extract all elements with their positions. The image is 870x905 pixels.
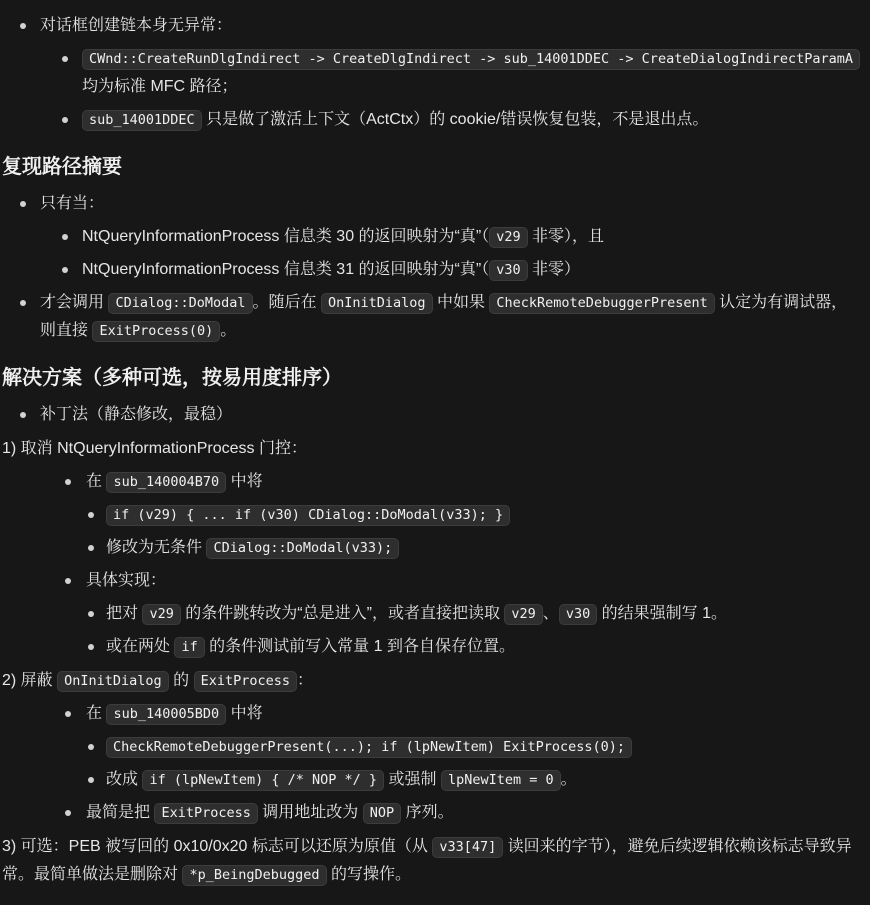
text-run: 对话框创建链本身无异常： xyxy=(40,17,232,34)
inline-code: sub_14001DDEC xyxy=(82,110,202,131)
bullet-icon xyxy=(65,810,71,816)
inline-code: ExitProcess xyxy=(154,803,257,824)
numbered-paragraph: 3) 可选：PEB 被写回的 0x10/0x20 标志可以还原为原值（从 v33… xyxy=(2,833,862,889)
list-item: 把对 v29 的条件跳转改为“总是进入”，或者直接把读取 v29、v30 的结果… xyxy=(2,600,862,628)
list-item: 对话框创建链本身无异常： xyxy=(2,12,862,40)
inline-code: if (lpNewItem) { /* NOP */ } xyxy=(142,770,384,791)
inline-code: if (v29) { ... if (v30) CDialog::DoModal… xyxy=(106,505,510,526)
bullet-icon xyxy=(65,578,71,584)
text-run: 3) 可选：PEB 被写回的 0x10/0x20 标志可以还原为原值（从 xyxy=(2,838,432,855)
text-run: 解决方案（多种可选，按易用度排序） xyxy=(2,367,342,389)
bullet-icon xyxy=(20,300,26,306)
text-run: 的结果强制写 1。 xyxy=(597,605,727,622)
text-run: 改成 xyxy=(106,771,142,788)
numbered-paragraph: 2) 屏蔽 OnInitDialog 的 ExitProcess： xyxy=(2,667,862,695)
text-run: 只是做了激活上下文（ActCtx）的 cookie/错误恢复包装，不是退出点。 xyxy=(202,111,709,128)
list-item: 补丁法（静态修改，最稳） xyxy=(2,401,862,429)
inline-code: sub_140004B70 xyxy=(106,472,226,493)
bullet-icon xyxy=(20,23,26,29)
bullet-icon xyxy=(88,744,94,750)
inline-code: OnInitDialog xyxy=(321,293,433,314)
text-run: 中如果 xyxy=(433,294,490,311)
inline-code: ExitProcess(0) xyxy=(92,321,220,342)
numbered-paragraph: 1) 取消 NtQueryInformationProcess 门控： xyxy=(2,435,862,463)
text-run: 。 xyxy=(561,771,577,788)
inline-code: OnInitDialog xyxy=(57,671,169,692)
list-item: CheckRemoteDebuggerPresent(...); if (lpN… xyxy=(2,733,862,761)
text-run: NtQueryInformationProcess 信息类 30 的返回映射为“… xyxy=(82,228,489,245)
text-run: 。 xyxy=(220,322,236,339)
text-run: 最简是把 xyxy=(86,804,154,821)
text-run: 均为标准 MFC 路径； xyxy=(82,78,238,95)
text-run: 只有当： xyxy=(40,195,104,212)
text-run: 1) 取消 NtQueryInformationProcess 门控： xyxy=(2,440,307,457)
inline-code: v33[47] xyxy=(432,837,503,858)
list-item: 或在两处 if 的条件测试前写入常量 1 到各自保存位置。 xyxy=(2,633,862,661)
text-run: 2) 屏蔽 xyxy=(2,672,57,689)
inline-code: v29 xyxy=(142,604,180,625)
text-run: 中将 xyxy=(226,473,262,490)
inline-code: if xyxy=(174,637,204,658)
inline-code: NOP xyxy=(363,803,401,824)
section-heading: 复现路径摘要 xyxy=(2,152,862,182)
inline-code: CheckRemoteDebuggerPresent(...); if (lpN… xyxy=(106,737,632,758)
text-run: 的条件测试前写入常量 1 到各自保存位置。 xyxy=(205,638,515,655)
list-item: 最简是把 ExitProcess 调用地址改为 NOP 序列。 xyxy=(2,799,862,827)
text-run: 的条件跳转改为“总是进入”，或者直接把读取 xyxy=(181,605,505,622)
bullet-icon xyxy=(88,644,94,650)
inline-code: CDialog::DoModal(v33); xyxy=(206,538,399,559)
text-run: 在 xyxy=(86,705,106,722)
list-item: 在 sub_140004B70 中将 xyxy=(2,468,862,496)
list-item: 改成 if (lpNewItem) { /* NOP */ } 或强制 lpNe… xyxy=(2,766,862,794)
inline-code: sub_140005BD0 xyxy=(106,704,226,725)
text-run: 。随后在 xyxy=(253,294,321,311)
text-run: 调用地址改为 xyxy=(258,804,363,821)
bullet-icon xyxy=(20,412,26,418)
text-run: 序列。 xyxy=(401,804,453,821)
inline-code: CDialog::DoModal xyxy=(108,293,252,314)
bullet-icon xyxy=(88,611,94,617)
list-item: 才会调用 CDialog::DoModal。随后在 OnInitDialog 中… xyxy=(2,289,862,345)
bullet-icon xyxy=(88,545,94,551)
inline-code: CheckRemoteDebuggerPresent xyxy=(489,293,714,314)
text-run: 具体实现： xyxy=(86,572,166,589)
bullet-icon xyxy=(88,512,94,518)
list-item: 只有当： xyxy=(2,190,862,218)
text-run: 或在两处 xyxy=(106,638,174,655)
inline-code: ExitProcess xyxy=(194,671,297,692)
list-item: 具体实现： xyxy=(2,567,862,595)
bullet-icon xyxy=(62,234,68,240)
message-content: 对话框创建链本身无异常：CWnd::CreateRunDlgIndirect -… xyxy=(0,0,870,905)
text-run: 或强制 xyxy=(384,771,441,788)
list-item: CWnd::CreateRunDlgIndirect -> CreateDlgI… xyxy=(2,45,862,101)
text-run: 、 xyxy=(543,605,559,622)
bullet-icon xyxy=(65,479,71,485)
bullet-icon xyxy=(62,117,68,123)
inline-code: v29 xyxy=(489,227,527,248)
text-run: ： xyxy=(297,672,313,689)
inline-code: lpNewItem = 0 xyxy=(441,770,561,791)
inline-code: v30 xyxy=(559,604,597,625)
text-run: 在 xyxy=(86,473,106,490)
list-item: sub_14001DDEC 只是做了激活上下文（ActCtx）的 cookie/… xyxy=(2,106,862,134)
list-item: NtQueryInformationProcess 信息类 30 的返回映射为“… xyxy=(2,223,862,251)
text-run: 才会调用 xyxy=(40,294,108,311)
text-run: 非零），且 xyxy=(528,228,604,245)
text-run: 补丁法（静态修改，最稳） xyxy=(40,406,232,423)
text-run: 把对 xyxy=(106,605,142,622)
bullet-icon xyxy=(88,777,94,783)
bullet-icon xyxy=(20,201,26,207)
section-heading: 解决方案（多种可选，按易用度排序） xyxy=(2,363,862,393)
text-run: 的写操作。 xyxy=(327,866,411,883)
list-item: 在 sub_140005BD0 中将 xyxy=(2,700,862,728)
text-run: 非零） xyxy=(528,261,580,278)
inline-code: *p_BeingDebugged xyxy=(182,865,326,886)
list-item: 修改为无条件 CDialog::DoModal(v33); xyxy=(2,534,862,562)
inline-code: CWnd::CreateRunDlgIndirect -> CreateDlgI… xyxy=(82,49,860,70)
bullet-icon xyxy=(62,267,68,273)
text-run: NtQueryInformationProcess 信息类 31 的返回映射为“… xyxy=(82,261,489,278)
bullet-icon xyxy=(62,56,68,62)
text-run: 修改为无条件 xyxy=(106,539,206,556)
inline-code: v29 xyxy=(504,604,542,625)
list-item: if (v29) { ... if (v30) CDialog::DoModal… xyxy=(2,501,862,529)
inline-code: v30 xyxy=(489,260,527,281)
text-run: 中将 xyxy=(226,705,262,722)
bullet-icon xyxy=(65,711,71,717)
list-item: NtQueryInformationProcess 信息类 31 的返回映射为“… xyxy=(2,256,862,284)
text-run: 的 xyxy=(169,672,194,689)
text-run: 复现路径摘要 xyxy=(2,156,122,178)
